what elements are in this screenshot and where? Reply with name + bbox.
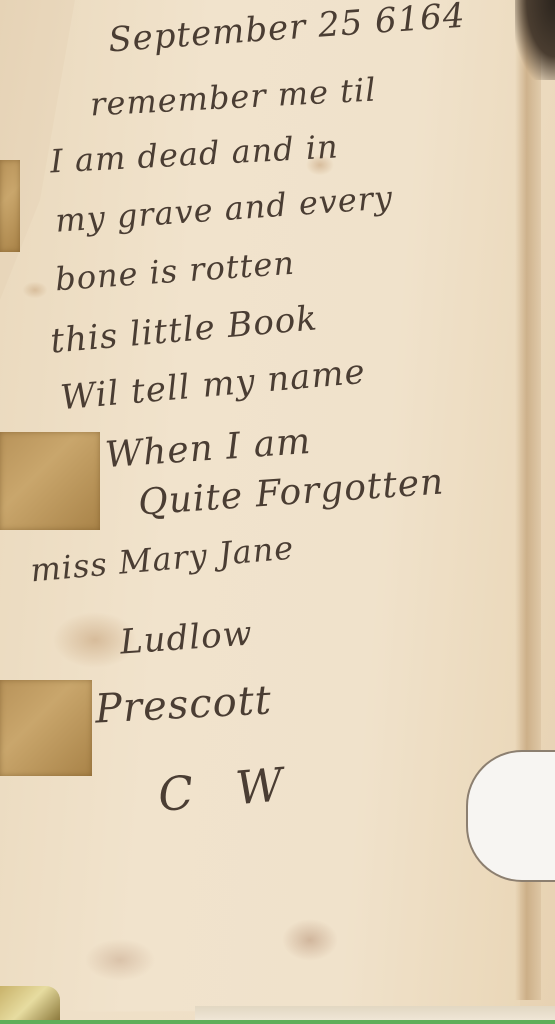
bottom-border — [0, 1020, 555, 1024]
lower-page-strip — [195, 1006, 555, 1020]
corner-fragment — [0, 986, 60, 1020]
tape-patch-top — [0, 160, 20, 252]
tape-patch-middle — [0, 432, 100, 530]
signature-place: Prescott — [94, 677, 273, 732]
binding-corner — [515, 0, 555, 80]
page-tab — [466, 750, 555, 882]
photo: September 25 6164 remember me til I am d… — [0, 0, 555, 1024]
tape-patch-bottom — [0, 680, 92, 776]
